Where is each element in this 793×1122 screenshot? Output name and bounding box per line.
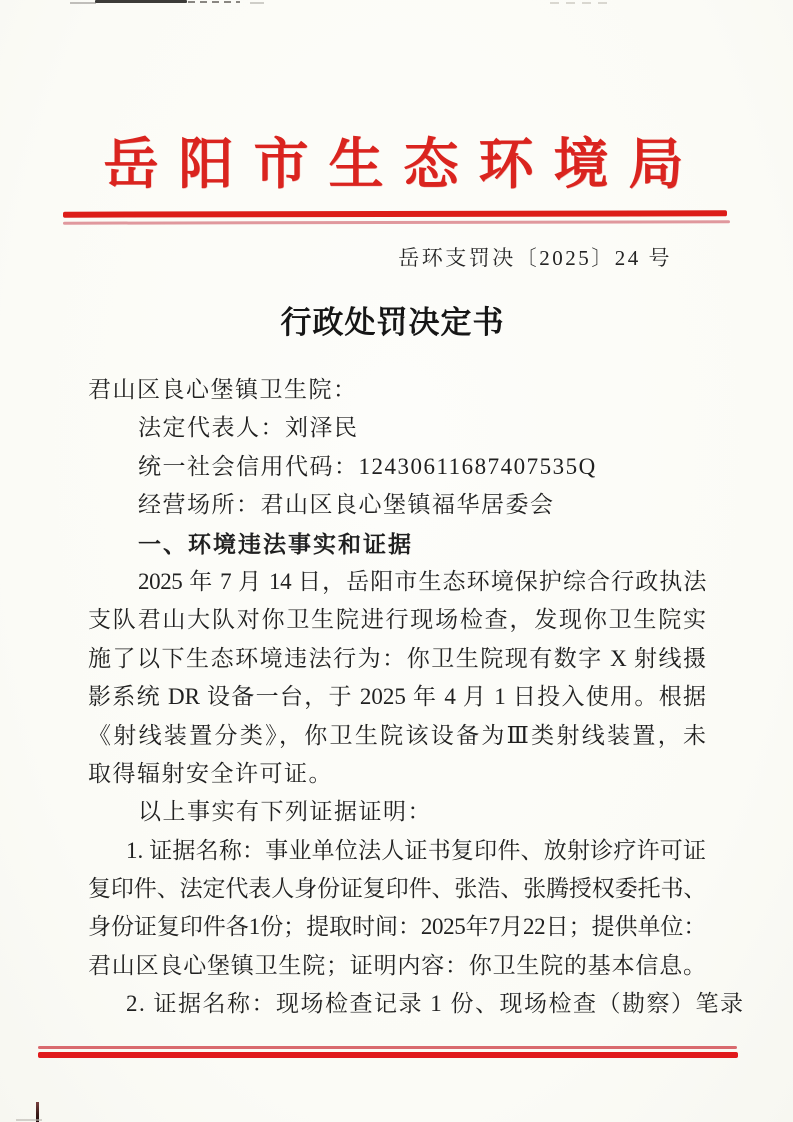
facts-paragraph-line: 影系统 DR 设备一台，于 2025 年 4 月 1 日投入使用。根据 bbox=[88, 678, 706, 716]
evidence2-line: 2. 证据名称：现场检查记录 1 份、现场检查（勘察）笔录 bbox=[88, 985, 706, 1023]
legal-representative-line: 法定代表人：刘泽民 bbox=[88, 409, 706, 447]
scanned-document-page: 岳阳市生态环境局 岳环支罚决〔2025〕24 号 行政处罚决定书 君山区良心堡镇… bbox=[0, 0, 793, 1122]
evidence1-line: 君山区良心堡镇卫生院；证明内容：你卫生院的基本信息。 bbox=[88, 947, 706, 985]
scan-artifact-top bbox=[550, 2, 608, 4]
document-title: 行政处罚决定书 bbox=[0, 297, 785, 342]
evidence1-line: 复印件、法定代表人身份证复印件、张浩、张腾授权委托书、 bbox=[88, 870, 706, 908]
facts-paragraph-line: 2025 年 7 月 14 日，岳阳市生态环境保护综合行政执法 bbox=[88, 563, 706, 601]
facts-paragraph-line: 《射线装置分类》，你卫生院该设备为Ⅲ类射线装置，未 bbox=[88, 717, 706, 755]
document-number: 岳环支罚决〔2025〕24 号 bbox=[398, 242, 672, 272]
scan-artifact-top bbox=[70, 2, 96, 4]
agency-letterhead: 岳阳市生态环境局 bbox=[0, 133, 793, 197]
evidence-intro-line: 以上事实有下列证据证明： bbox=[88, 793, 706, 831]
letterhead-rule-thin bbox=[63, 220, 730, 224]
scan-artifact-bottom-left bbox=[36, 1102, 39, 1122]
scan-artifact-top bbox=[188, 1, 240, 3]
scan-artifact-top bbox=[250, 2, 264, 4]
facts-paragraph-line: 施了以下生态环境违法行为：你卫生院现有数字 X 射线摄 bbox=[88, 640, 706, 678]
scan-artifact-top bbox=[95, 0, 187, 3]
footer-rule-thin bbox=[38, 1046, 737, 1049]
business-address-line: 经营场所：君山区良心堡镇福华居委会 bbox=[88, 486, 706, 524]
footer-rule-thick bbox=[38, 1052, 738, 1059]
facts-paragraph-line: 支队君山大队对你卫生院进行现场检查，发现你卫生院实 bbox=[88, 601, 706, 639]
document-body: 君山区良心堡镇卫生院： 法定代表人：刘泽民 统一社会信用代码：124306116… bbox=[88, 371, 706, 1024]
evidence1-line: 身份证复印件各1份；提取时间：2025年7月22日；提供单位： bbox=[88, 908, 706, 946]
evidence1-line: 1. 证据名称：事业单位法人证书复印件、放射诊疗许可证 bbox=[88, 832, 706, 870]
letterhead-rule-thick bbox=[63, 210, 727, 217]
credit-code-line: 统一社会信用代码：12430611687407535Q bbox=[88, 448, 706, 486]
facts-paragraph-line: 取得辐射安全许可证。 bbox=[88, 755, 706, 793]
scan-artifact-bottom-edge bbox=[16, 1119, 42, 1121]
section1-heading: 一、环境违法事实和证据 bbox=[88, 525, 706, 563]
recipient-line: 君山区良心堡镇卫生院： bbox=[88, 371, 706, 409]
